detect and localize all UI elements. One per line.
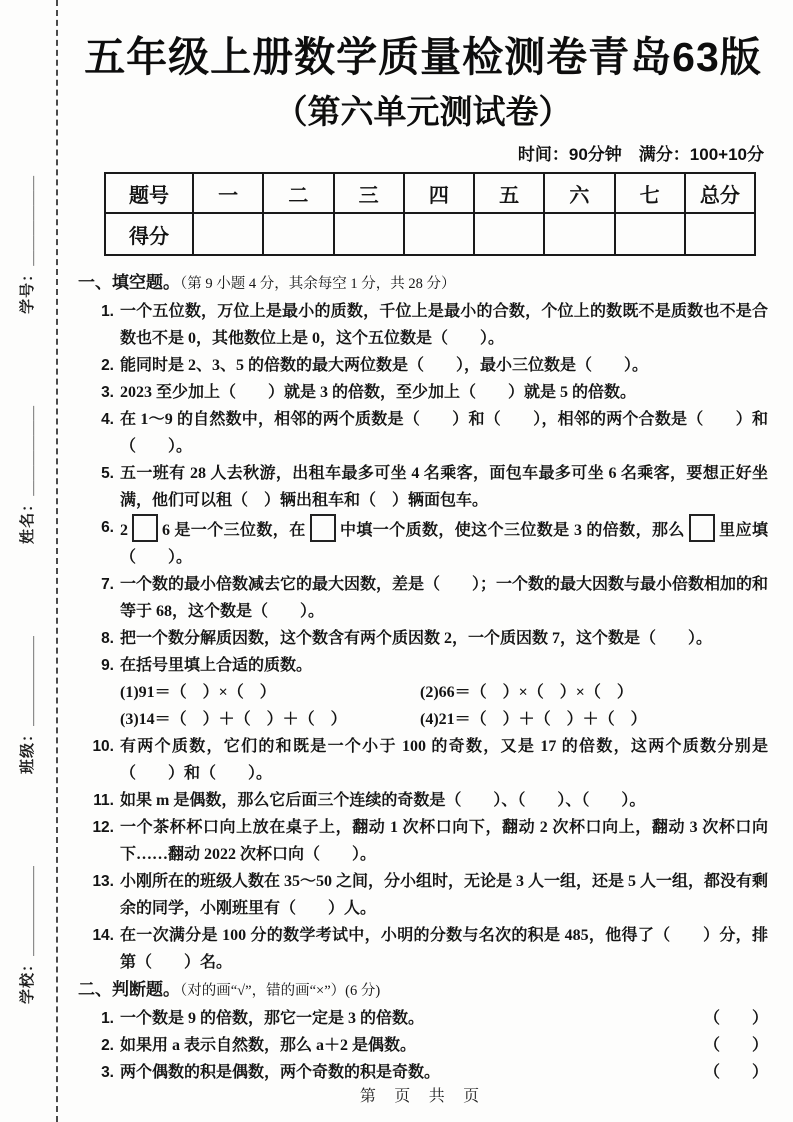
- fill-question-9: 9. 在括号里填上合适的质数。 (1)91＝（ ）×（ ） (2)66＝（ ）×…: [78, 652, 768, 733]
- score-table-header-row: 题号 一 二 三 四 五 六 七 总分: [105, 173, 755, 213]
- fill-question-7: 7.一个数的最小倍数减去它的最大因数，差是（ ）；一个数的最大因数与最小倍数相加…: [78, 571, 768, 625]
- subitem-2: (2)66＝（ ）×（ ）×（ ）: [420, 679, 768, 706]
- score-table-col-5: 五: [474, 173, 544, 213]
- judge-answer-blank: （ ）: [694, 1032, 768, 1059]
- score-cell-empty: [404, 213, 474, 255]
- class-label: 班级：: [16, 726, 37, 774]
- fill-question-5: 5.五一班有 28 人去秋游，出租车最多可坐 4 名乘客，面包车最多可坐 6 名…: [78, 460, 768, 514]
- judge-answer-blank: （ ）: [694, 1005, 768, 1032]
- name-label: 姓名：: [16, 496, 37, 544]
- question-number: 13.: [78, 868, 120, 895]
- score-cell-empty: [474, 213, 544, 255]
- question-text: 一个数的最小倍数减去它的最大因数，差是（ ）；一个数的最大因数与最小倍数相加的和…: [120, 571, 768, 625]
- exam-page-content: 五年级上册数学质量检测卷青岛63版 （第六单元测试卷） 时间：90分钟 满分：1…: [78, 0, 768, 1122]
- section-fill-heading: 一、填空题。（第 9 小题 4 分，其余每空 1 分，共 28 分）: [78, 269, 768, 298]
- score-cell-empty: [544, 213, 614, 255]
- school-label: 学校：: [16, 956, 37, 1004]
- fill-question-8: 8.把一个数分解质因数，这个数含有两个质因数 2，一个质因数 7，这个数是（ ）…: [78, 625, 768, 652]
- section-fill-title: 一、填空题。: [78, 273, 180, 292]
- question-number: 2.: [78, 352, 120, 379]
- score-table-col-6: 六: [544, 173, 614, 213]
- question-text: 一个五位数，万位上是最小的质数，千位上是最小的合数，个位上的数既不是质数也不是合…: [120, 298, 768, 352]
- question-number: 2.: [78, 1032, 120, 1059]
- question-number: 3.: [78, 379, 120, 406]
- student-id-blank-line: ＿＿＿＿＿＿: [16, 176, 37, 266]
- score-label-cell: 得分: [105, 213, 193, 255]
- question-text: 两个偶数的积是偶数，两个奇数的积是奇数。: [120, 1059, 694, 1086]
- fill-question-14: 14.在一次满分是 100 分的数学考试中，小明的分数与名次的积是 485，他得…: [78, 922, 768, 976]
- score-cell-empty: [193, 213, 263, 255]
- question-text: 2023 至少加上（ ）就是 3 的倍数，至少加上（ ）就是 5 的倍数。: [120, 379, 768, 406]
- score-table-col-2: 二: [263, 173, 333, 213]
- score-table-score-row: 得分: [105, 213, 755, 255]
- question-text: 在一次满分是 100 分的数学考试中，小明的分数与名次的积是 485，他得了（ …: [120, 922, 768, 976]
- question-text: 如果 m 是偶数，那么它后面三个连续的奇数是（ ）、（ ）、（ ）。: [120, 787, 768, 814]
- fill-question-6: 6.26 是一个三位数，在中填一个质数，使这个三位数是 3 的倍数，那么里应填（…: [78, 514, 768, 571]
- question-number: 10.: [78, 733, 120, 760]
- section-judge-note: （对的画“√”，错的画“×”）(6 分): [180, 983, 380, 999]
- subitem-1: (1)91＝（ ）×（ ）: [120, 679, 420, 706]
- section-judge-title: 二、判断题。: [78, 980, 180, 999]
- score-cell-empty: [263, 213, 333, 255]
- question-number: 9.: [78, 652, 120, 679]
- question-text: 小刚所在的班级人数在 35～50 之间，分小组时，无论是 3 人一组，还是 5 …: [120, 868, 768, 922]
- question-text: 五一班有 28 人去秋游，出租车最多可坐 4 名乘客，面包车最多可坐 6 名乘客…: [120, 460, 768, 514]
- judge-question-2: 2.如果用 a 表示自然数，那么 a＋2 是偶数。（ ）: [78, 1032, 768, 1059]
- name-blank-line: ＿＿＿＿＿＿: [16, 406, 37, 496]
- fill-question-13: 13.小刚所在的班级人数在 35～50 之间，分小组时，无论是 3 人一组，还是…: [78, 868, 768, 922]
- fill-question-2: 2.能同时是 2、3、5 的倍数的最大两位数是（ ），最小三位数是（ ）。: [78, 352, 768, 379]
- question-text: 把一个数分解质因数，这个数含有两个质因数 2，一个质因数 7，这个数是（ ）。: [120, 625, 768, 652]
- judge-question-1: 1.一个数是 9 的倍数，那它一定是 3 的倍数。（ ）: [78, 1005, 768, 1032]
- score-table-col-3: 三: [334, 173, 404, 213]
- score-table: 题号 一 二 三 四 五 六 七 总分 得分: [104, 172, 756, 256]
- score-table-col-1: 一: [193, 173, 263, 213]
- question-number: 7.: [78, 571, 120, 598]
- answer-square-box: [689, 514, 715, 542]
- question-text: 一个数是 9 的倍数，那它一定是 3 的倍数。: [120, 1005, 694, 1032]
- question-text: 一个茶杯杯口向上放在桌子上，翻动 1 次杯口向下，翻动 2 次杯口向上，翻动 3…: [120, 814, 768, 868]
- question-number: 1.: [78, 298, 120, 325]
- student-info-sidebar: 学校：＿＿＿＿＿＿ 班级：＿＿＿＿＿＿ 姓名：＿＿＿＿＿＿ 学号：＿＿＿＿＿＿: [0, 0, 52, 1122]
- student-id-label: 学号：: [16, 266, 37, 314]
- question-number-label-cell: 题号: [105, 173, 193, 213]
- question-number: 3.: [78, 1059, 120, 1086]
- judge-answer-blank: （ ）: [694, 1059, 768, 1086]
- sidebar-field-student-id: 学号：＿＿＿＿＿＿: [16, 176, 37, 314]
- question-text: 在括号里填上合适的质数。: [120, 652, 768, 679]
- score-table-col-total: 总分: [685, 173, 755, 213]
- question-text: 有两个质数，它们的和既是一个小于 100 的奇数，又是 17 的倍数，这两个质数…: [120, 733, 768, 787]
- fill-question-4: 4.在 1～9 的自然数中，相邻的两个质数是（ ）和（ ），相邻的两个合数是（ …: [78, 406, 768, 460]
- page-subtitle: （第六单元测试卷）: [78, 90, 768, 134]
- section-fill-note: （第 9 小题 4 分，其余每空 1 分，共 28 分）: [180, 276, 456, 292]
- question-text: 如果用 a 表示自然数，那么 a＋2 是偶数。: [120, 1032, 694, 1059]
- class-blank-line: ＿＿＿＿＿＿: [16, 636, 37, 726]
- answer-square-box: [132, 514, 158, 542]
- sidebar-field-class: 班级：＿＿＿＿＿＿: [16, 636, 37, 774]
- judge-question-3: 3.两个偶数的积是偶数，两个奇数的积是奇数。（ ）: [78, 1059, 768, 1086]
- sidebar-field-name: 姓名：＿＿＿＿＿＿: [16, 406, 37, 544]
- question-number: 1.: [78, 1005, 120, 1032]
- question-number: 12.: [78, 814, 120, 841]
- question-text: 在 1～9 的自然数中，相邻的两个质数是（ ）和（ ），相邻的两个合数是（ ）和…: [120, 406, 768, 460]
- section-judge-heading: 二、判断题。（对的画“√”，错的画“×”）(6 分): [78, 976, 768, 1005]
- fill-question-10: 10.有两个质数，它们的和既是一个小于 100 的奇数，又是 17 的倍数，这两…: [78, 733, 768, 787]
- questions-body: 一、填空题。（第 9 小题 4 分，其余每空 1 分，共 28 分） 1.一个五…: [78, 269, 768, 1086]
- question-9-subitems: (1)91＝（ ）×（ ） (2)66＝（ ）×（ ）×（ ） (3)14＝（ …: [120, 679, 768, 733]
- answer-square-box: [310, 514, 336, 542]
- score-cell-empty: [615, 213, 685, 255]
- page-title: 五年级上册数学质量检测卷青岛63版: [78, 32, 768, 82]
- subitem-4: (4)21＝（ ）＋（ ）＋（ ）: [420, 706, 768, 733]
- subitem-3: (3)14＝（ ）＋（ ）＋（ ）: [120, 706, 420, 733]
- seal-dashed-line: [56, 0, 58, 1122]
- exam-time-score-info: 时间：90分钟 满分：100+10分: [78, 144, 768, 166]
- question-text: 26 是一个三位数，在中填一个质数，使这个三位数是 3 的倍数，那么里应填（ ）…: [120, 514, 768, 571]
- score-cell-empty: [685, 213, 755, 255]
- question-number: 6.: [78, 514, 120, 541]
- question-number: 11.: [78, 787, 120, 814]
- fill-question-11: 11.如果 m 是偶数，那么它后面三个连续的奇数是（ ）、（ ）、（ ）。: [78, 787, 768, 814]
- question-number: 5.: [78, 460, 120, 487]
- fill-question-3: 3.2023 至少加上（ ）就是 3 的倍数，至少加上（ ）就是 5 的倍数。: [78, 379, 768, 406]
- sidebar-field-school: 学校：＿＿＿＿＿＿: [16, 866, 37, 1004]
- question-9-block: 在括号里填上合适的质数。 (1)91＝（ ）×（ ） (2)66＝（ ）×（ ）…: [120, 652, 768, 733]
- score-table-col-7: 七: [615, 173, 685, 213]
- question-number: 14.: [78, 922, 120, 949]
- question-number: 4.: [78, 406, 120, 433]
- question-text: 能同时是 2、3、5 的倍数的最大两位数是（ ），最小三位数是（ ）。: [120, 352, 768, 379]
- score-table-col-4: 四: [404, 173, 474, 213]
- question-number: 8.: [78, 625, 120, 652]
- score-cell-empty: [334, 213, 404, 255]
- fill-question-12: 12.一个茶杯杯口向上放在桌子上，翻动 1 次杯口向下，翻动 2 次杯口向上，翻…: [78, 814, 768, 868]
- page-footer: 第 页 共 页: [78, 1083, 768, 1106]
- school-blank-line: ＿＿＿＿＿＿: [16, 866, 37, 956]
- fill-question-1: 1.一个五位数，万位上是最小的质数，千位上是最小的合数，个位上的数既不是质数也不…: [78, 298, 768, 352]
